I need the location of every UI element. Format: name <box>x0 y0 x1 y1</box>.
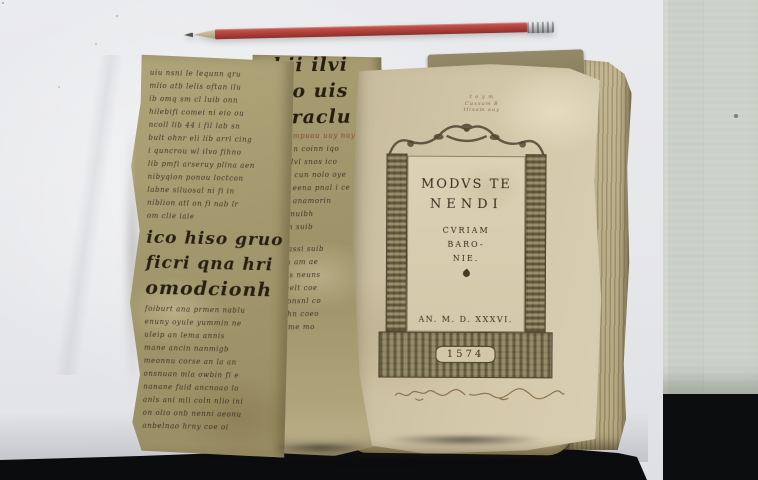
frame-left-column <box>386 154 408 332</box>
faded-ownership-inscription: t o y m Cuxxam B tlixam auy <box>437 94 527 114</box>
script-line: anbelnao hrny coe oi <box>142 420 276 436</box>
manuscript-left-leaf: uiu nsni le lequnn qrumlio atb lelis oft… <box>122 54 294 457</box>
dust-specks <box>2 2 4 4</box>
pencil-graphite-tip <box>184 32 193 37</box>
middle-strip-curl-shadow <box>256 444 386 456</box>
gaelic-heading-block: ico hiso gruo ficri qna hri omodcionh <box>145 226 281 304</box>
title-line: MODVS TE <box>408 177 524 193</box>
frame-right-column <box>525 154 547 332</box>
printed-title-page: t o y m Cuxxam B tlixam auy 1574 <box>349 63 605 454</box>
heading-line: omodcionh <box>145 276 279 304</box>
title-line: CVRIAM <box>408 226 524 236</box>
heading-line: ico hiso gruo <box>146 226 280 254</box>
pencil-body-group <box>184 19 566 42</box>
photo-scene: nicke lis me qienoci onuaqole aiuuio rki… <box>0 0 758 480</box>
dark-floor-right <box>663 394 758 480</box>
year-cartouche: 1574 <box>435 346 495 363</box>
frame-base-plinth: 1574 <box>378 331 552 378</box>
windowsill-band <box>663 0 758 394</box>
fleuron-leaf-icon <box>461 269 471 279</box>
handwritten-inscription <box>391 384 567 407</box>
pencil-wood-cone <box>193 30 215 39</box>
pencil-shaft <box>215 22 527 39</box>
heading-line: ficri qna hri <box>146 251 280 279</box>
title-line: BARO- <box>408 240 524 250</box>
title-line: NIE. <box>408 254 524 264</box>
title-line: NENDI <box>408 197 524 213</box>
script-line: om clie iaie <box>147 210 281 226</box>
faded-line: tlixam auy <box>437 107 527 114</box>
title-page-curl-shadow <box>360 436 570 448</box>
left-upper-script: uiu nsni le lequnn qrumlio atb lelis oft… <box>147 67 284 226</box>
pencil-ferrule <box>527 21 554 33</box>
red-pencil <box>184 14 566 60</box>
woodcut-border-frame: 1574 MODVS TE NENDI CVRIAM BARO- NIE. AN… <box>385 124 546 379</box>
date-line: AN. M. D. XXXVI. <box>408 315 524 325</box>
left-lower-script: foiburt ana prmen nabluenuny oyule yummi… <box>142 303 279 436</box>
title-text-panel: MODVS TE NENDI CVRIAM BARO- NIE. AN. M. … <box>407 156 526 333</box>
